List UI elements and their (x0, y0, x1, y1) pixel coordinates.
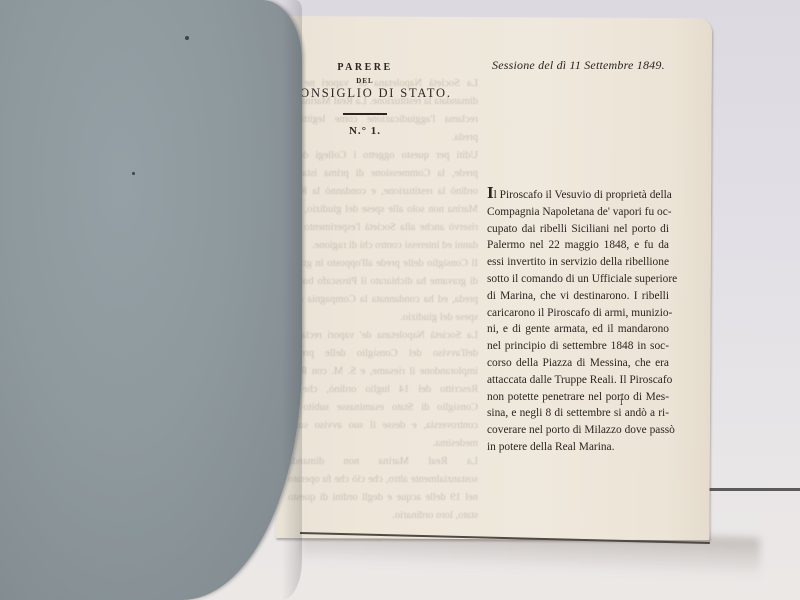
body-line: corso della Piazza di Messina, che era (487, 355, 669, 372)
body-line: cupato dai ribelli Siciliani nel porto d… (487, 221, 669, 238)
signature-mark: 1 (619, 397, 624, 407)
body-line: essi invertito in servizio della ribelli… (487, 254, 669, 271)
body-line: nel principio di settembre 1848 in soc- (487, 338, 669, 355)
body-line: coverare nel porto di Milazzo dove passò (487, 422, 669, 439)
document-heading: PARERE DEL CONSIGLIO DI STATO. N.° 1. (290, 60, 440, 137)
body-line: sotto il comando di un Ufficiale superio… (487, 271, 669, 288)
body-line: caricarono il Piroscafo di armi, munizio… (487, 305, 669, 322)
body-line: ni, e di gente armata, ed il mandarono (487, 321, 669, 338)
body-line: attaccata dalle Truppe Reali. Il Pirosca… (487, 372, 669, 389)
cover-speck (185, 36, 189, 40)
cover-speck (132, 172, 135, 175)
show-through-text: La Società Napoletana de' vapori ne ha d… (288, 75, 478, 525)
page-stack-edge (705, 488, 800, 491)
heading-del: DEL (290, 77, 440, 85)
body-line: Il Piroscafo il Vesuvio di proprietà del… (487, 184, 669, 204)
body-line: non potette penetrare nel porto di Mes- (487, 389, 669, 406)
body-line: Palermo nel 22 maggio 1848, e fu da (487, 237, 669, 254)
session-date: Sessione del dì 11 Settembre 1849. (492, 58, 665, 73)
document-number: N.° 1. (290, 125, 440, 137)
body-line: di Marina, che vi destinarono. I ribelli (487, 288, 669, 305)
drop-cap: I (487, 183, 494, 202)
heading-parere: PARERE (290, 62, 440, 73)
heading-rule (343, 113, 387, 115)
grey-paper-cover (0, 0, 302, 600)
heading-consiglio: CONSIGLIO DI STATO. (290, 86, 440, 101)
body-line: Compagnia Napoletana de' vapori fu oc- (487, 204, 669, 221)
body-line: sina, e negli 8 di settembre si andò a r… (487, 405, 669, 422)
body-paragraph: Il Piroscafo il Vesuvio di proprietà del… (487, 184, 669, 456)
body-line: in potere della Real Marina. (487, 439, 669, 456)
